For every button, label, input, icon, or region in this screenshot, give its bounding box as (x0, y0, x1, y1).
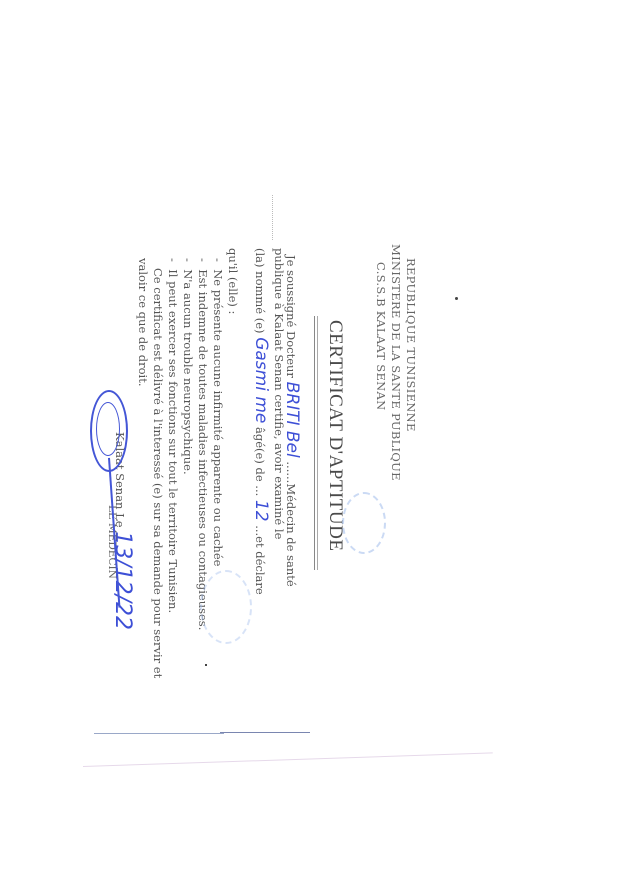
condition-text: Il peut exercer ses fonctions sur tout l… (166, 269, 180, 613)
closing-line-2: valoir ce que de droit. (136, 258, 150, 386)
condition-text: N'a aucun trouble neuropsychique. (181, 269, 195, 474)
signature-loop (96, 402, 120, 456)
body-line-4: qu'il (elle) : (226, 248, 240, 314)
age-handwritten: 12 (251, 500, 271, 522)
scan-edge-line-2 (220, 732, 310, 733)
scan-speck (205, 664, 207, 666)
title-underline (314, 316, 315, 570)
condition-text: Est indemne de toutes maladies infectieu… (196, 269, 210, 630)
page-edge-line (83, 752, 493, 767)
condition-item: - Ne présente aucune infirmité apparente… (211, 258, 225, 566)
age-label: âgé(e) de ... (253, 427, 267, 496)
named-label: (la) nommé (e) (253, 248, 267, 334)
scan-speck (455, 297, 458, 300)
title-underline-2 (317, 316, 318, 570)
header-ministry: MINISTERE DE LA SANTE PUBLIQUE (389, 244, 403, 481)
closing-line-1: Ce certificat est délivré à l'interessé … (151, 268, 165, 678)
body-line-2: publique à Kalaat Senan certifie, avoir … (272, 248, 286, 539)
declare-text: ...et déclare (253, 525, 267, 595)
doctor-role-text: ......Médecin de santé (284, 461, 298, 586)
header-republic: REPUBLIQUE TUNISIENNE (404, 258, 418, 432)
header-center: C.S.S.B KALAAT SENAN (374, 262, 388, 410)
condition-item: - N'a aucun trouble neuropsychique. (181, 258, 195, 475)
condition-text: Ne présente aucune infirmité apparente o… (211, 269, 225, 566)
scanned-certificate-page: REPUBLIQUE TUNISIENNE MINISTERE DE LA SA… (0, 0, 620, 876)
condition-item: - Est indemne de toutes maladies infecti… (196, 258, 210, 630)
body-line-3: (la) nommé (e) Gasmi me âgé(e) de ... 12… (251, 248, 271, 595)
intro-text: Je soussigné Docteur (284, 255, 298, 378)
condition-item: - Il peut exercer ses fonctions sur tout… (166, 258, 180, 613)
official-stamp (342, 492, 386, 554)
patient-name-handwritten: Gasmi me (251, 337, 271, 423)
official-stamp-2 (200, 570, 252, 644)
scan-edge-line (94, 733, 224, 734)
scan-artifact (272, 195, 274, 240)
